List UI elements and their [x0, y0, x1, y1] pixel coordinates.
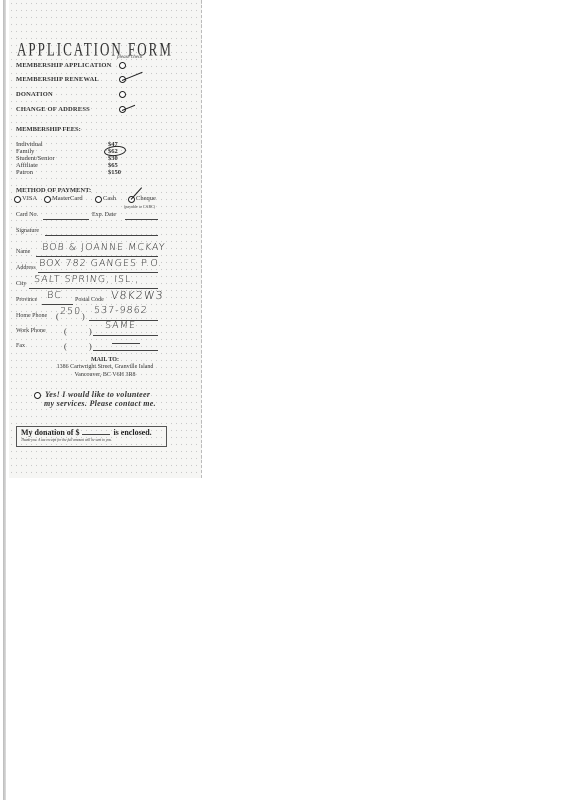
name-label: Name [16, 249, 30, 255]
paren-open: ( [56, 312, 59, 321]
paren-close: ) [89, 342, 92, 351]
mail-to-address-line1: 1386 Cartwright Street, Granville Island [9, 364, 201, 370]
fee-label: Affiliate [16, 162, 38, 169]
paren-close: ) [89, 327, 92, 336]
payment-cheque-label: Cheque [136, 195, 156, 202]
paren-open: ( [64, 327, 67, 336]
payment-cash-radio[interactable] [95, 196, 102, 203]
exp-date-label: Exp. Date [92, 212, 116, 218]
paren-open: ( [64, 342, 67, 351]
donation-amount-field[interactable] [82, 434, 110, 435]
fee-amount: $30 [108, 155, 118, 162]
payment-mastercard-label: MasterCard [52, 195, 83, 202]
postal-code-label: Postal Code [75, 297, 104, 303]
city-label: City [16, 281, 26, 287]
please-check-note: please check [117, 55, 142, 60]
postal-code-value[interactable]: V8K2W3 [111, 289, 165, 302]
fee-amount: $65 [108, 162, 118, 169]
option-donation-radio[interactable] [119, 91, 126, 98]
address-field-line [38, 272, 158, 273]
scan-page-edge [3, 0, 6, 800]
exp-date-field[interactable] [125, 219, 158, 220]
home-phone-value[interactable]: 537-9862 [94, 305, 149, 316]
payment-mastercard-radio[interactable] [44, 196, 51, 203]
fees-heading: MEMBERSHIP FEES: [16, 126, 81, 133]
mail-to-address-line2: Vancouver, BC V6H 3R8 [9, 372, 201, 378]
work-phone-value[interactable]: SAME [105, 320, 137, 331]
volunteer-radio[interactable] [34, 392, 41, 399]
volunteer-line2: my services. Please contact me. [44, 399, 156, 408]
application-form: APPLICATION FORM please check MEMBERSHIP… [9, 0, 202, 478]
city-value[interactable]: SALT SPRING, ISL., [34, 274, 140, 285]
payment-cash-label: Cash [103, 195, 116, 202]
donation-receipt-note: Thank-you. A tax receipt for the full am… [21, 438, 112, 442]
donation-suffix: is enclosed. [113, 428, 151, 437]
fee-amount: $150 [108, 169, 121, 176]
option-change-of-address: CHANGE OF ADDRESS [16, 106, 90, 113]
option-membership-application: MEMBERSHIP APPLICATION [16, 62, 111, 69]
signature-label: Signature [16, 228, 39, 234]
work-phone-label: Work Phone [16, 328, 46, 334]
form-title: APPLICATION FORM [17, 38, 173, 61]
address-label: Address [16, 265, 36, 271]
home-area-code[interactable]: 250 [60, 306, 82, 317]
option-membership-application-radio[interactable] [119, 62, 126, 69]
donation-box: My donation of $is enclosed. Thank-you. … [16, 426, 167, 447]
work-phone-field-line [93, 335, 158, 336]
card-no-label: Card No. [16, 212, 38, 218]
payment-heading: METHOD OF PAYMENT: [16, 187, 91, 194]
fax-field-line[interactable] [93, 350, 158, 351]
mail-to-heading: MAIL TO: [9, 357, 201, 363]
name-field-line [36, 256, 158, 257]
payment-visa-label: VISA [22, 195, 37, 202]
fee-label: Student/Senior [16, 155, 55, 162]
option-donation: DONATION [16, 91, 53, 98]
card-no-field[interactable] [43, 219, 89, 220]
fax-dash-mark [112, 343, 140, 344]
fee-label: Individual [16, 141, 43, 148]
option-membership-renewal: MEMBERSHIP RENEWAL [16, 76, 99, 83]
name-value[interactable]: BOB & JOANNE MCKAY [42, 242, 166, 253]
fee-label: Family [16, 148, 34, 155]
fax-label: Fax [16, 343, 25, 349]
donation-prefix: My donation of $ [21, 428, 79, 437]
paren-close: ) [82, 312, 85, 321]
donation-statement: My donation of $is enclosed. [21, 428, 152, 437]
address-value[interactable]: BOX 782 GANGES P.O. [39, 258, 163, 269]
cheque-note: (payable to CABC) [124, 204, 155, 209]
signature-field[interactable] [45, 235, 158, 236]
home-phone-label: Home Phone [16, 313, 47, 319]
province-field-line [42, 304, 73, 305]
payment-visa-radio[interactable] [14, 196, 21, 203]
province-label: Province [16, 297, 37, 303]
province-value[interactable]: BC [47, 290, 62, 301]
fee-label: Patron [16, 169, 33, 176]
volunteer-line1: Yes! I would like to volunteer [45, 390, 150, 399]
